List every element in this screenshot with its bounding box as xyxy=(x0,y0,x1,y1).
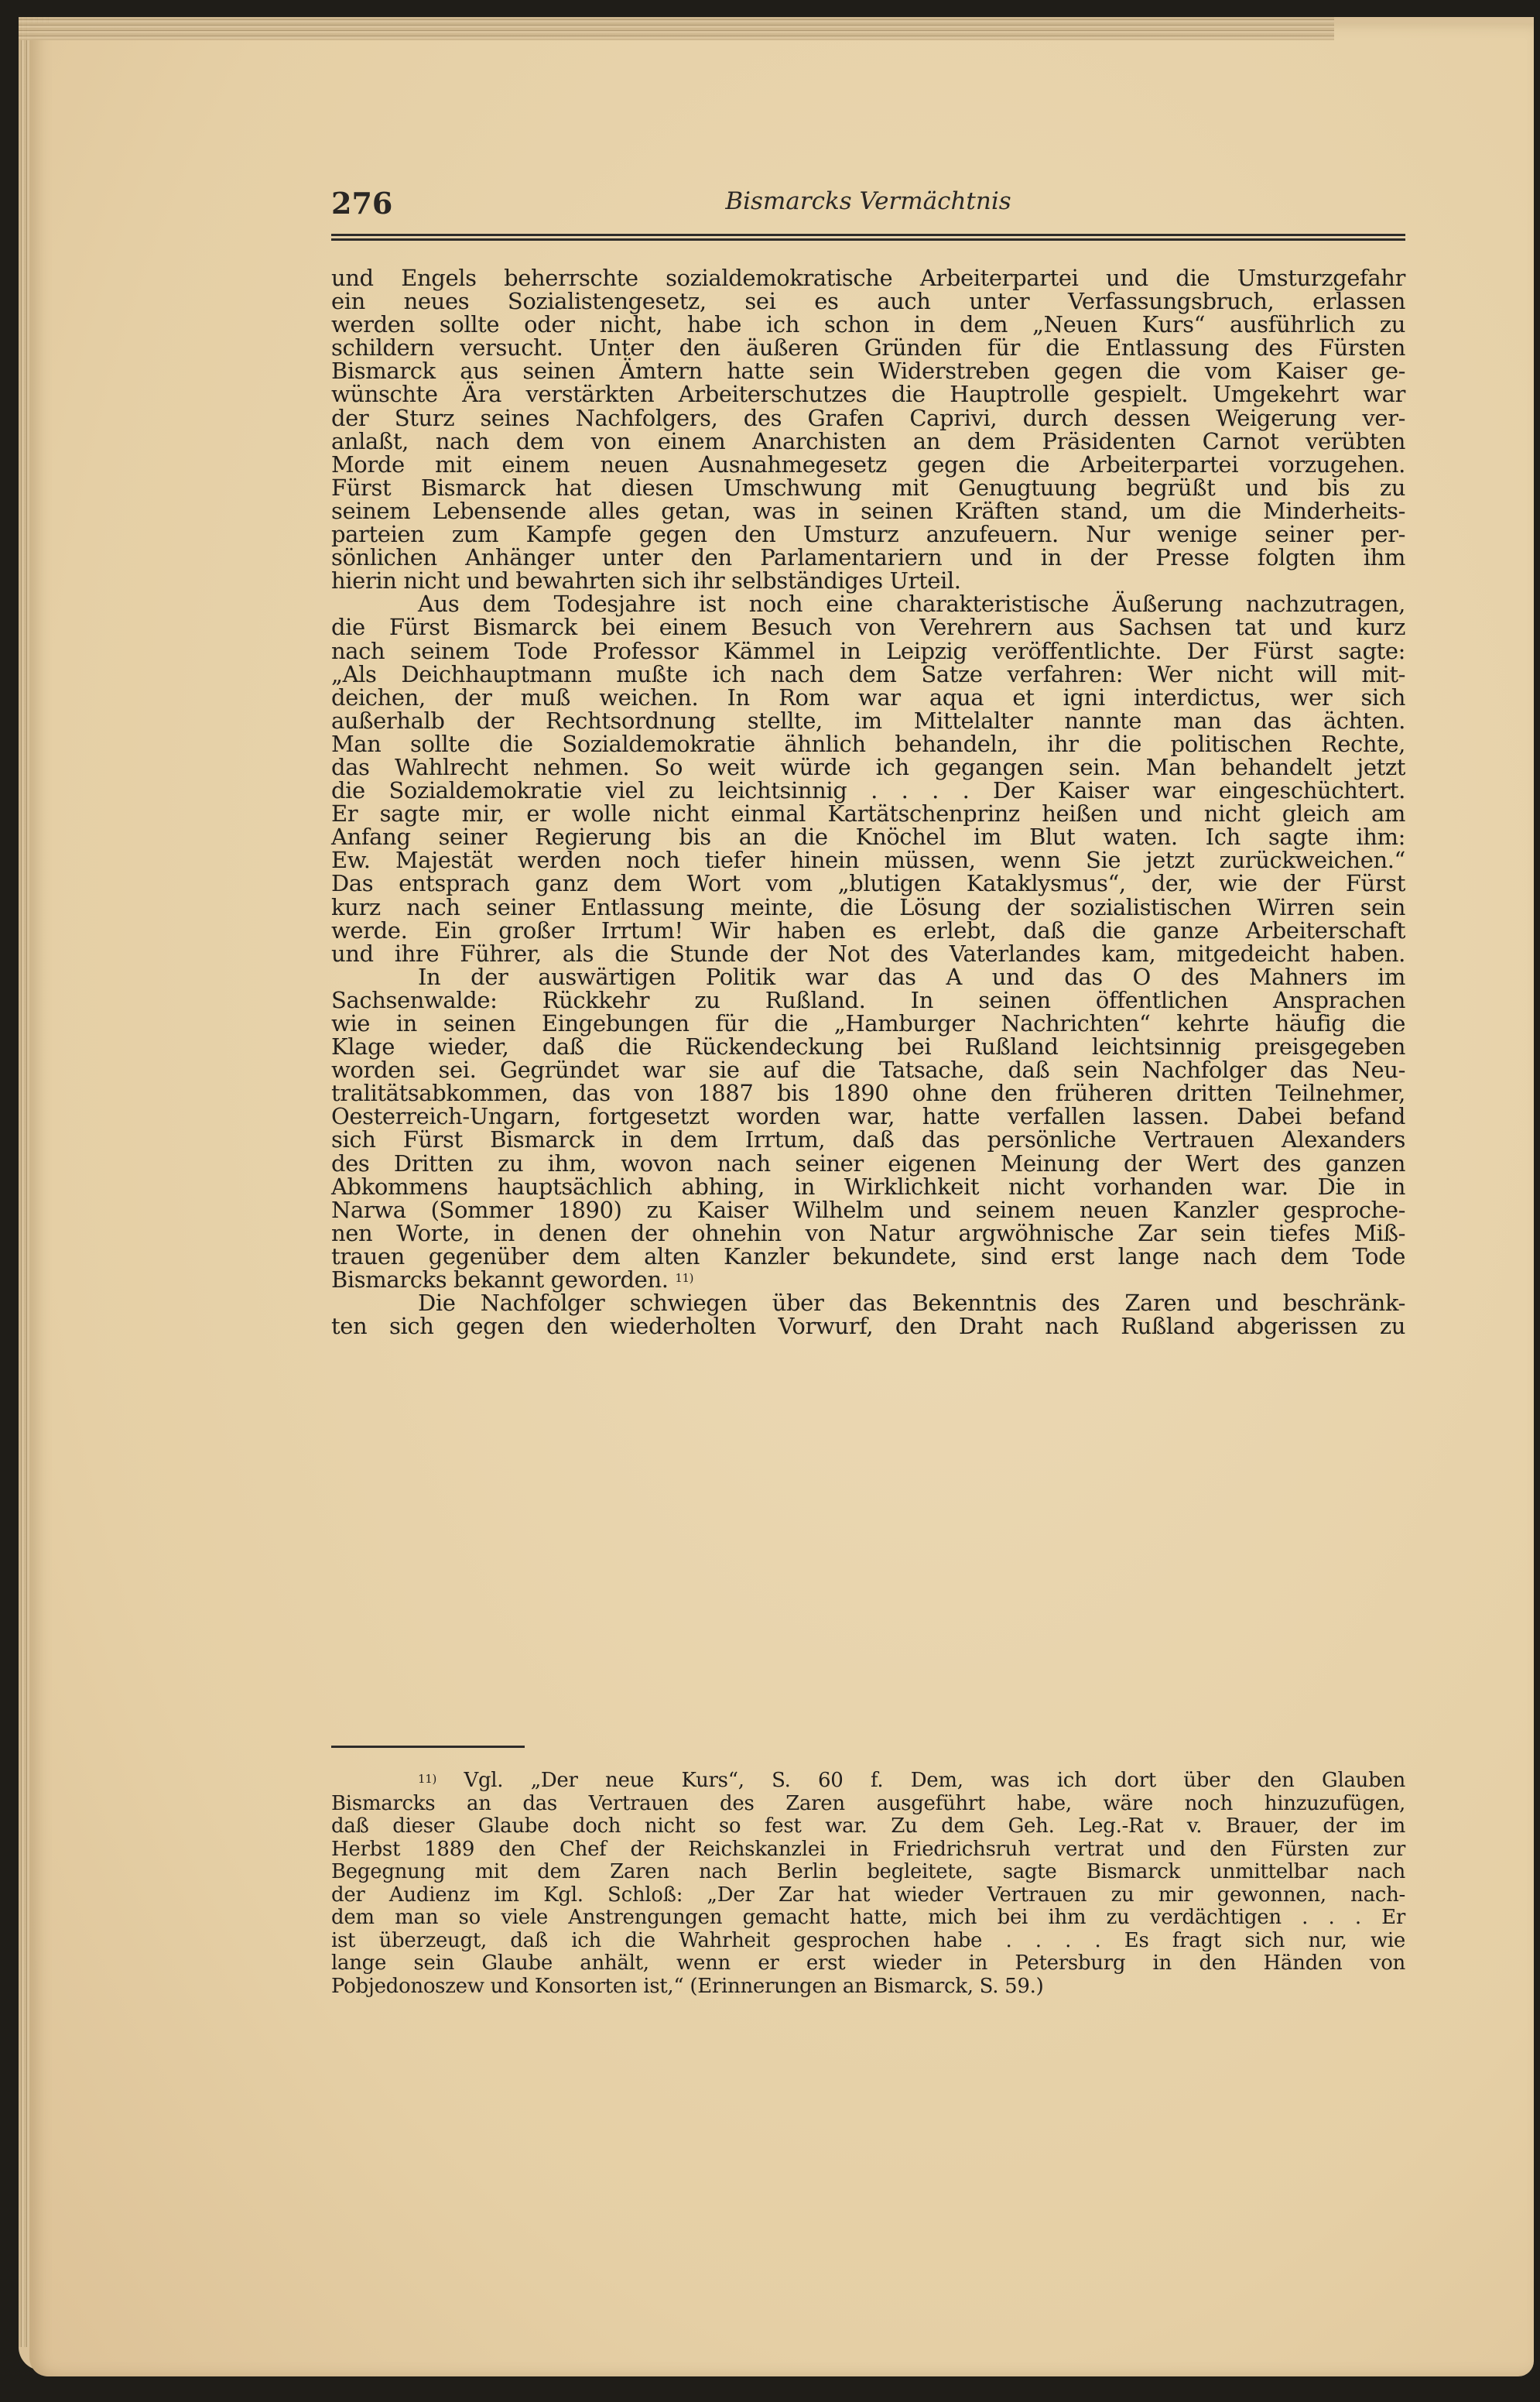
paragraph-start-line: Die Nachfolger schwiegen über das Bekenn… xyxy=(331,1291,1405,1314)
text-line: Oesterreich-Ungarn, fortgesetzt worden w… xyxy=(331,1105,1405,1128)
text-line: außerhalb der Rechtsordnung stellte, im … xyxy=(331,709,1405,732)
text-line: nach seinem Tode Professor Kämmel in Lei… xyxy=(331,639,1405,663)
text-line: parteien zum Kampfe gegen den Umsturz an… xyxy=(331,523,1405,546)
text-line: werden sollte oder nicht, habe ich schon… xyxy=(331,313,1405,336)
text-line: und ihre Führer, als die Stunde der Not … xyxy=(331,942,1405,965)
text-line: sich Fürst Bismarck in dem Irrtum, daß d… xyxy=(331,1128,1405,1151)
header-rule-top xyxy=(331,234,1405,236)
text-line: Fürst Bismarck hat diesen Umschwung mit … xyxy=(331,476,1405,499)
footnote-line: Bismarcks an das Vertrauen des Zaren aus… xyxy=(331,1793,1405,1816)
page-header: 276 Bismarcks Vermächtnis xyxy=(331,186,1405,224)
footnote-line: ist überzeugt, daß ich die Wahrheit gesp… xyxy=(331,1930,1405,1953)
text-line: Er sagte mir, er wolle nicht einmal Kart… xyxy=(331,802,1405,825)
text-line: Anfang seiner Regierung bis an die Knöch… xyxy=(331,825,1405,848)
text-line: trauen gegenüber dem alten Kanzler bekun… xyxy=(331,1245,1405,1268)
footnote-line: Herbst 1889 den Chef der Reichskanzlei i… xyxy=(331,1838,1405,1862)
paragraph-start-line: In der auswärtigen Politik war das A und… xyxy=(331,965,1405,989)
text-line: Abkommens hauptsächlich abhing, in Wirkl… xyxy=(331,1175,1405,1198)
text-line: kurz nach seiner Entlassung meinte, die … xyxy=(331,896,1405,919)
footnote-line: lange sein Glaube anhält, wenn er erst w… xyxy=(331,1952,1405,1975)
text-line: Morde mit einem neuen Ausnahmegesetz geg… xyxy=(331,453,1405,476)
text-line: die Sozialdemokratie viel zu leichtsinni… xyxy=(331,779,1405,802)
page-edges-top xyxy=(19,17,1334,40)
text-line: deichen, der muß weichen. In Rom war aqu… xyxy=(331,686,1405,709)
text-line: tralitätsabkommen, das von 1887 bis 1890… xyxy=(331,1081,1405,1105)
text-line: Man sollte die Sozialdemokratie ähnlich … xyxy=(331,732,1405,756)
paragraph-start-line: Aus dem Todesjahre ist noch eine charakt… xyxy=(331,592,1405,615)
body-text: und Engels beherrschte sozialdemokratisc… xyxy=(331,266,1405,1338)
text-line: die Fürst Bismarck bei einem Besuch von … xyxy=(331,615,1405,639)
footnote-marker: 11) xyxy=(418,1772,436,1786)
text-line: anlaßt, nach dem von einem Anarchisten a… xyxy=(331,430,1405,453)
text-line: schildern versucht. Unter den äußeren Gr… xyxy=(331,336,1405,359)
footnote-line: der Audienz im Kgl. Schloß: „Der Zar hat… xyxy=(331,1884,1405,1907)
footnote-start-line: 11) Vgl. „Der neue Kurs“, S. 60 f. Dem, … xyxy=(331,1770,1405,1793)
text-line: werde. Ein großer Irrtum! Wir haben es e… xyxy=(331,919,1405,942)
text-line: Sachsenwalde: Rückkehr zu Rußland. In se… xyxy=(331,989,1405,1012)
text-line: „Als Deichhauptmann mußte ich nach dem S… xyxy=(331,663,1405,686)
text-line: Klage wieder, daß die Rückendeckung bei … xyxy=(331,1035,1405,1058)
text-line: ein neues Sozialistengesetz, sei es auch… xyxy=(331,290,1405,313)
running-title: Bismarcks Vermächtnis xyxy=(331,187,1405,215)
footnote-line: daß dieser Glaube doch nicht so fest war… xyxy=(331,1815,1405,1838)
header-rule-bottom xyxy=(331,238,1405,241)
text-line: nen Worte, in denen der ohnehin von Natu… xyxy=(331,1222,1405,1245)
text-line: worden sei. Gegründet war sie auf die Ta… xyxy=(331,1058,1405,1081)
text-line: Bismarck aus seinen Ämtern hatte sein Wi… xyxy=(331,359,1405,382)
paragraph-end-line: hierin nicht und bewahrten sich ihr selb… xyxy=(331,569,1405,592)
paragraph-end-line: Bismarcks bekannt geworden. 11) xyxy=(331,1268,1405,1291)
text-line: Narwa (Sommer 1890) zu Kaiser Wilhelm un… xyxy=(331,1198,1405,1222)
text-fragment: Bismarcks bekannt geworden. xyxy=(331,1266,669,1293)
footnote-line: dem man so viele Anstrengungen gemacht h… xyxy=(331,1907,1405,1930)
footnote-line: Pobjedonoszew und Konsorten ist,“ (Erinn… xyxy=(331,1975,1405,1999)
footnote: 11) Vgl. „Der neue Kurs“, S. 60 f. Dem, … xyxy=(331,1770,1405,1998)
text-line: ten sich gegen den wiederholten Vorwurf,… xyxy=(331,1314,1405,1338)
text-line: wie in seinen Eingebungen für die „Hambu… xyxy=(331,1012,1405,1035)
text-line: das Wahlrecht nehmen. So weit würde ich … xyxy=(331,756,1405,779)
footnote-reference[interactable]: 11) xyxy=(675,1271,693,1285)
text-line: Das entsprach ganz dem Wort vom „blutige… xyxy=(331,872,1405,895)
text-line: sönlichen Anhänger unter den Parlamentar… xyxy=(331,546,1405,569)
text-line: seinem Lebensende alles getan, was in se… xyxy=(331,499,1405,523)
text-line: wünschte Ära verstärkten Arbeiterschutze… xyxy=(331,382,1405,406)
text-line: und Engels beherrschte sozialdemokratisc… xyxy=(331,266,1405,290)
footnote-separator xyxy=(331,1746,525,1748)
footnote-line: Begegnung mit dem Zaren nach Berlin begl… xyxy=(331,1861,1405,1884)
text-line: der Sturz seines Nachfolgers, des Grafen… xyxy=(331,406,1405,430)
text-line: Ew. Majestät werden noch tiefer hinein m… xyxy=(331,848,1405,872)
text-line: des Dritten zu ihm, wovon nach seiner ei… xyxy=(331,1152,1405,1175)
text-fragment: Vgl. „Der neue Kurs“, S. 60 f. Dem, was … xyxy=(464,1769,1405,1792)
